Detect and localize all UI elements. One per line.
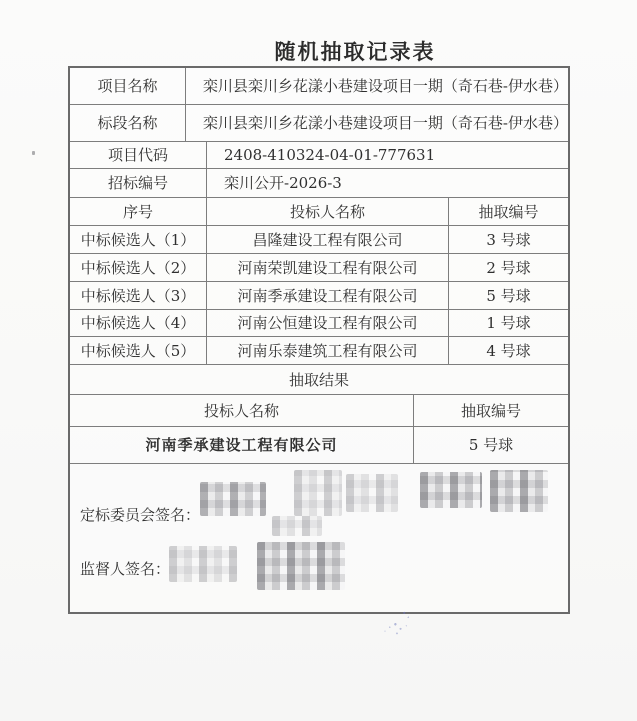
candidate-row-1: 中标候选人（1） 昌隆建设工程有限公司 3 号球 xyxy=(70,226,568,254)
field-label-tender-number: 招标编号 xyxy=(70,169,207,197)
candidate-row-3: 中标候选人（3） 河南季承建设工程有限公司 5 号球 xyxy=(70,282,568,310)
winner-ball: 5 号球 xyxy=(414,427,568,463)
candidate-seq: 中标候选人（5） xyxy=(70,337,207,364)
column-header-ball: 抽取编号 xyxy=(449,198,568,225)
committee-signature-label: 定标委员会签名： xyxy=(80,504,200,525)
field-label-section-name: 标段名称 xyxy=(70,105,186,141)
candidate-ball: 1 号球 xyxy=(449,310,568,336)
supervisor-signature-label: 监督人签名： xyxy=(80,558,170,579)
document-title: 随机抽取记录表 xyxy=(104,36,606,66)
result-section-title-row: 抽取结果 xyxy=(70,365,568,395)
candidate-bidder: 河南乐泰建筑工程有限公司 xyxy=(207,337,449,364)
result-winner-row: 河南季承建设工程有限公司 5 号球 xyxy=(70,427,568,464)
signature-redacted-block xyxy=(257,542,345,590)
table-row-project-code: 项目代码 2408-410324-04-01-777631 xyxy=(70,142,568,169)
candidate-ball: 3 号球 xyxy=(449,226,568,253)
candidate-row-4: 中标候选人（4） 河南公恒建设工程有限公司 1 号球 xyxy=(70,310,568,337)
table-row-project-name: 项目名称 栾川县栾川乡花漾小巷建设项目一期（奇石巷-伊水巷） xyxy=(70,68,568,105)
record-table: 项目名称 栾川县栾川乡花漾小巷建设项目一期（奇石巷-伊水巷） 标段名称 栾川县栾… xyxy=(68,66,570,614)
column-header-bidder: 投标人名称 xyxy=(207,198,449,225)
field-value-tender-number: 栾川公开-2026-3 xyxy=(207,169,568,197)
candidate-ball: 5 号球 xyxy=(449,282,568,309)
candidate-ball: 4 号球 xyxy=(449,337,568,364)
signature-redacted-block xyxy=(272,516,322,536)
signatures-cell: 定标委员会签名： 监督人签名： xyxy=(70,464,568,612)
candidate-bidder: 河南荣凯建设工程有限公司 xyxy=(207,254,449,281)
signatures-row: 定标委员会签名： 监督人签名： xyxy=(70,464,568,612)
winner-bidder: 河南季承建设工程有限公司 xyxy=(70,427,414,463)
table-row-tender-number: 招标编号 栾川公开-2026-3 xyxy=(70,169,568,198)
result-column-header-ball: 抽取编号 xyxy=(414,395,568,426)
signature-redacted-block xyxy=(420,472,482,508)
candidate-seq: 中标候选人（3） xyxy=(70,282,207,309)
signature-redacted-block xyxy=(294,470,342,516)
candidate-seq: 中标候选人（4） xyxy=(70,310,207,336)
candidate-row-2: 中标候选人（2） 河南荣凯建设工程有限公司 2 号球 xyxy=(70,254,568,282)
candidate-seq: 中标候选人（2） xyxy=(70,254,207,281)
field-label-project-code: 项目代码 xyxy=(70,142,207,168)
signature-redacted-block xyxy=(200,482,266,516)
table-row-section-name: 标段名称 栾川县栾川乡花漾小巷建设项目一期（奇石巷-伊水巷） xyxy=(70,105,568,142)
result-section-title: 抽取结果 xyxy=(70,365,568,394)
field-value-section-name: 栾川县栾川乡花漾小巷建设项目一期（奇石巷-伊水巷） xyxy=(186,105,568,141)
field-value-project-name: 栾川县栾川乡花漾小巷建设项目一期（奇石巷-伊水巷） xyxy=(186,68,568,104)
stamp-residue-mark xyxy=(372,606,424,644)
field-label-project-name: 项目名称 xyxy=(70,68,186,104)
candidate-bidder: 河南季承建设工程有限公司 xyxy=(207,282,449,309)
column-header-seq: 序号 xyxy=(70,198,207,225)
signature-redacted-block xyxy=(490,470,548,512)
result-column-header-bidder: 投标人名称 xyxy=(70,395,414,426)
candidates-header-row: 序号 投标人名称 抽取编号 xyxy=(70,198,568,226)
candidate-row-5: 中标候选人（5） 河南乐泰建筑工程有限公司 4 号球 xyxy=(70,337,568,365)
signature-redacted-block xyxy=(169,546,237,582)
candidate-seq: 中标候选人（1） xyxy=(70,226,207,253)
scanned-paper: 随机抽取记录表 项目名称 栾川县栾川乡花漾小巷建设项目一期（奇石巷-伊水巷） 标… xyxy=(0,0,637,721)
candidate-bidder: 河南公恒建设工程有限公司 xyxy=(207,310,449,336)
candidate-bidder: 昌隆建设工程有限公司 xyxy=(207,226,449,253)
scan-speckle xyxy=(32,151,35,155)
field-value-project-code: 2408-410324-04-01-777631 xyxy=(207,142,568,168)
candidate-ball: 2 号球 xyxy=(449,254,568,281)
result-header-row: 投标人名称 抽取编号 xyxy=(70,395,568,427)
signature-redacted-block xyxy=(346,474,398,512)
